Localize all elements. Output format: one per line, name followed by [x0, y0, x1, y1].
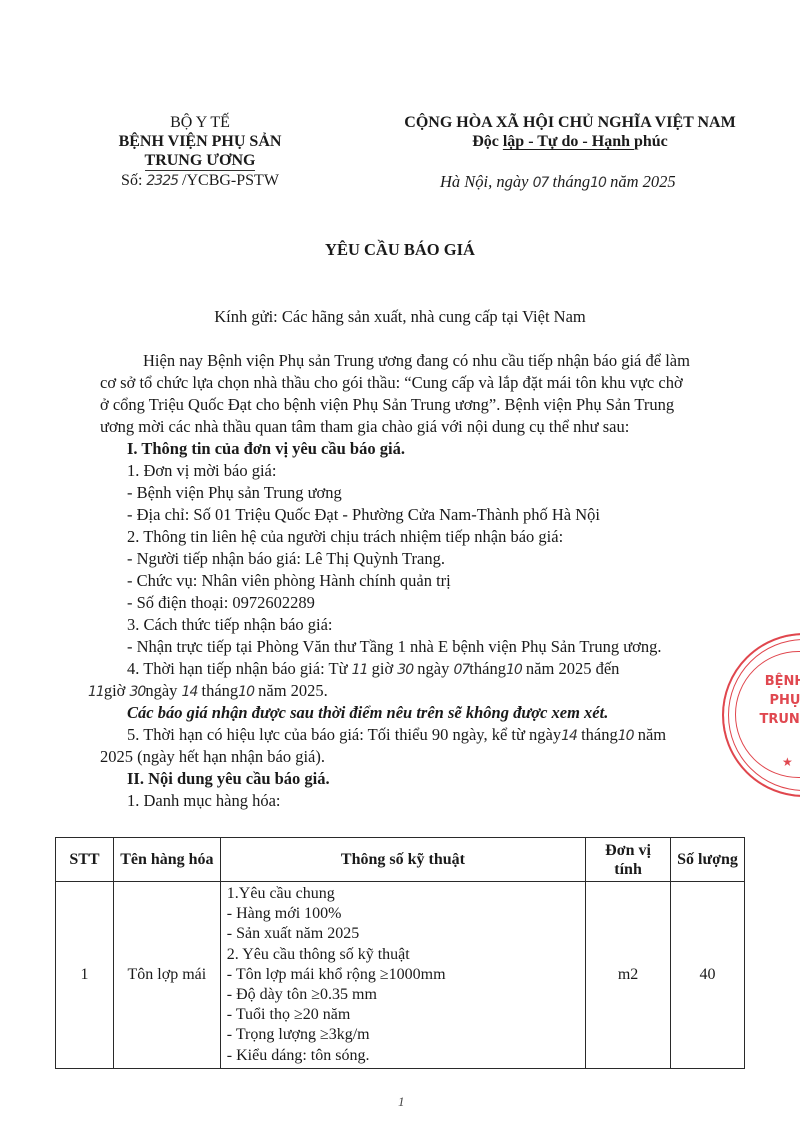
- handwritten-day: 07: [533, 175, 549, 191]
- intro-line: ương mời các nhà thầu quan tâm tham gia …: [100, 416, 629, 438]
- late-quote-note: Các báo giá nhận được sau thời điểm nêu …: [127, 702, 608, 724]
- national-header: CỘNG HÒA XÃ HỘI CHỦ NGHĨA VIỆT NAM Độc l…: [395, 113, 745, 151]
- cell-unit: m2: [586, 882, 671, 1069]
- col-header-item-name: Tên hàng hóa: [113, 838, 220, 882]
- deadline-line-end: 11giờ 30ngày 14 tháng10 năm 2025.: [88, 680, 328, 704]
- document-title: YÊU CẦU BÁO GIÁ: [0, 240, 800, 260]
- cell-quantity: 40: [671, 882, 745, 1069]
- cell-stt: 1: [56, 882, 114, 1069]
- section1-line: 2. Thông tin liên hệ của người chịu trác…: [127, 526, 563, 548]
- handwritten-doc-number: 2325: [146, 173, 178, 189]
- col-header-unit: Đơn vị tính: [586, 838, 671, 882]
- section1-line: 3. Cách thức tiếp nhận báo giá:: [127, 614, 333, 636]
- hospital-name-line1: BỆNH VIỆN PHỤ SẢN: [100, 132, 300, 151]
- intro-line: ở cổng Triệu Quốc Đạt cho bệnh viện Phụ …: [100, 394, 674, 416]
- contact-person-line: - Người tiếp nhận báo giá: Lê Thị Quỳnh …: [127, 548, 445, 570]
- col-header-quantity: Số lượng: [671, 838, 745, 882]
- cell-item-name: Tôn lợp mái: [113, 882, 220, 1069]
- table-header-row: STT Tên hàng hóa Thông số kỹ thuật Đơn v…: [56, 838, 745, 882]
- national-motto: Độc lập - Tự do - Hạnh phúc: [395, 132, 745, 151]
- delivery-method-line: - Nhận trực tiếp tại Phòng Văn thư Tầng …: [127, 636, 662, 658]
- section-heading-1: I. Thông tin của đơn vị yêu cầu báo giá.: [127, 438, 405, 460]
- phone-line: - Số điện thoại: 0972602289: [127, 592, 315, 614]
- section-heading-2: II. Nội dung yêu cầu báo giá.: [127, 768, 330, 790]
- intro-line: Hiện nay Bệnh viện Phụ sản Trung ương đa…: [143, 350, 690, 372]
- deadline-line: 4. Thời hạn tiếp nhận báo giá: Từ 11 giờ…: [127, 658, 619, 682]
- ministry-name: BỘ Y TẾ: [100, 113, 300, 132]
- table-row: 1 Tôn lợp mái 1.Yêu cầu chung - Hàng mới…: [56, 882, 745, 1069]
- section1-line: 1. Đơn vị mời báo giá:: [127, 460, 276, 482]
- cell-specs: 1.Yêu cầu chung - Hàng mới 100% - Sản xu…: [220, 882, 585, 1069]
- validity-line: 5. Thời hạn có hiệu lực của báo giá: Tối…: [127, 724, 666, 748]
- document-number: Số: 2325 /YCBG-PSTW: [100, 171, 300, 191]
- recipient-line: Kính gửi: Các hãng sản xuất, nhà cung cấ…: [0, 307, 800, 327]
- position-line: - Chức vụ: Nhân viên phòng Hành chính qu…: [127, 570, 451, 592]
- seal-text: BỆNH PHỤ TRUNG: [755, 672, 800, 729]
- section1-line: - Bệnh viện Phụ sản Trung ương: [127, 482, 342, 504]
- validity-line-2: 2025 (ngày hết hạn nhận báo giá).: [100, 746, 325, 768]
- col-header-stt: STT: [56, 838, 114, 882]
- issue-date: Hà Nội, ngày 07 tháng10 năm 2025: [440, 172, 676, 192]
- page-mark: 1: [398, 1094, 405, 1110]
- seal-star-icon: ★: [782, 755, 793, 770]
- col-header-specs: Thông số kỹ thuật: [220, 838, 585, 882]
- goods-table: STT Tên hàng hóa Thông số kỹ thuật Đơn v…: [55, 837, 745, 1069]
- issuer-block: BỘ Y TẾ BỆNH VIỆN PHỤ SẢN TRUNG ƯƠNG Số:…: [100, 113, 300, 191]
- address-line: - Địa chỉ: Số 01 Triệu Quốc Đạt - Phường…: [127, 504, 600, 526]
- hospital-name-line2: TRUNG ƯƠNG: [145, 151, 256, 171]
- intro-line: cơ sở tổ chức lựa chọn nhà thầu cho gói …: [100, 372, 683, 394]
- handwritten-month: 10: [590, 175, 606, 191]
- country-name: CỘNG HÒA XÃ HỘI CHỦ NGHĨA VIỆT NAM: [395, 113, 745, 132]
- goods-list-label: 1. Danh mục hàng hóa:: [127, 790, 281, 812]
